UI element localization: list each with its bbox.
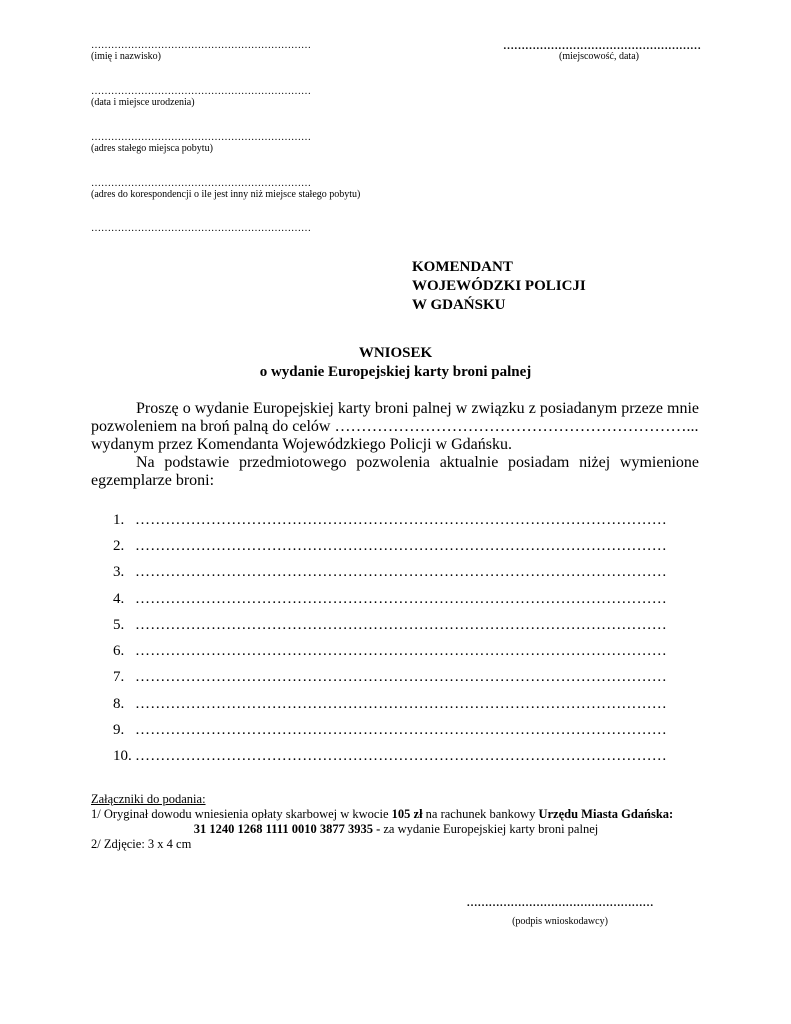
birth-field[interactable]: ………………………………………………………… (data i miejsce u…	[91, 87, 311, 109]
weapon-row[interactable]: 2.……………………………………………………………………………………………	[113, 533, 703, 559]
weapon-number: 8.	[113, 696, 135, 713]
attachment-item-1-account: 31 1240 1268 1111 0010 3877 3935 - za wy…	[91, 822, 711, 837]
weapon-dots[interactable]: ……………………………………………………………………………………………	[135, 643, 703, 660]
paragraph-2-line-2: egzemplarze broni:	[91, 472, 699, 490]
correspondence-address-caption: (adres do korespondencji o ile jest inny…	[91, 189, 360, 201]
weapon-row[interactable]: 3.……………………………………………………………………………………………	[113, 560, 703, 586]
weapon-number: 5.	[113, 617, 135, 634]
weapon-row[interactable]: 10.……………………………………………………………………………………………	[113, 744, 703, 770]
weapon-dots[interactable]: ……………………………………………………………………………………………	[135, 617, 703, 634]
request-body: Proszę o wydanie Europejskiej karty bron…	[91, 400, 699, 490]
permanent-address-field[interactable]: ………………………………………………………… (adres stałego mi…	[91, 133, 311, 155]
paragraph-1-line-1: Proszę o wydanie Europejskiej karty bron…	[91, 400, 699, 418]
weapon-row[interactable]: 4.……………………………………………………………………………………………	[113, 586, 703, 612]
paragraph-2-line-1: Na podstawie przedmiotowego pozwolenia a…	[91, 454, 699, 472]
weapon-row[interactable]: 5.……………………………………………………………………………………………	[113, 612, 703, 638]
weapon-list: 1.……………………………………………………………………………………………2.……	[113, 507, 703, 770]
attachment-1-prefix: 1/ Oryginał dowodu wniesienia opłaty ska…	[91, 807, 392, 821]
weapon-row[interactable]: 1.……………………………………………………………………………………………	[113, 507, 703, 533]
weapon-dots[interactable]: ……………………………………………………………………………………………	[135, 564, 703, 581]
weapon-dots[interactable]: ……………………………………………………………………………………………	[135, 512, 703, 529]
weapon-row[interactable]: 8.……………………………………………………………………………………………	[113, 691, 703, 717]
place-date-dots: ………………………………………………	[503, 41, 695, 51]
weapon-dots[interactable]: ……………………………………………………………………………………………	[135, 722, 703, 739]
signature-field[interactable]: …………………………………………… (podpis wnioskodawcy)	[455, 898, 665, 928]
birth-caption: (data i miejsce urodzenia)	[91, 97, 311, 109]
fee-amount: 105 zł	[392, 807, 423, 821]
attachments-section: Załączniki do podania: 1/ Oryginał dowod…	[91, 792, 711, 852]
name-caption: (imię i nazwisko)	[91, 51, 311, 63]
correspondence-address-field[interactable]: ………………………………………………………… (adres do korespo…	[91, 179, 360, 201]
recipient-line-2: WOJEWÓDZKI POLICJI	[412, 277, 586, 296]
title-main: WNIOSEK	[0, 344, 791, 363]
extra-field[interactable]: …………………………………………………………	[91, 224, 311, 234]
place-date-field[interactable]: ……………………………………………… (miejscowość, data)	[503, 41, 695, 63]
weapon-number: 2.	[113, 538, 135, 555]
weapon-dots[interactable]: ……………………………………………………………………………………………	[135, 696, 703, 713]
recipient-line-3: W GDAŃSKU	[412, 296, 586, 315]
weapon-row[interactable]: 9.……………………………………………………………………………………………	[113, 717, 703, 743]
title-subtitle: o wydanie Europejskiej karty broni palne…	[0, 363, 791, 382]
signature-caption: (podpis wnioskodawcy)	[455, 916, 665, 928]
extra-dots: …………………………………………………………	[91, 224, 311, 234]
name-field[interactable]: ………………………………………………………… (imię i nazwisko)	[91, 41, 311, 63]
permanent-address-caption: (adres stałego miejsca pobytu)	[91, 143, 311, 155]
weapon-row[interactable]: 7.……………………………………………………………………………………………	[113, 665, 703, 691]
weapon-number: 6.	[113, 643, 135, 660]
weapon-dots[interactable]: ……………………………………………………………………………………………	[135, 748, 703, 765]
paragraph-1-line-2[interactable]: pozwoleniem na broń palną do celów ………………	[91, 418, 699, 436]
weapon-dots[interactable]: ……………………………………………………………………………………………	[135, 538, 703, 555]
place-date-caption: (miejscowość, data)	[503, 51, 695, 63]
signature-dots: ……………………………………………	[455, 898, 665, 908]
weapon-dots[interactable]: ……………………………………………………………………………………………	[135, 669, 703, 686]
attachment-1-middle: na rachunek bankowy	[423, 807, 539, 821]
birth-dots: …………………………………………………………	[91, 87, 311, 97]
bank-account-number: 31 1240 1268 1111 0010 3877 3935 -	[194, 822, 380, 836]
attachments-heading: Załączniki do podania:	[91, 792, 711, 807]
weapon-dots[interactable]: ……………………………………………………………………………………………	[135, 591, 703, 608]
weapon-row[interactable]: 6.……………………………………………………………………………………………	[113, 638, 703, 664]
payee-name: Urzędu Miasta Gdańska:	[538, 807, 673, 821]
correspondence-address-dots: …………………………………………………………	[91, 179, 360, 189]
permanent-address-dots: …………………………………………………………	[91, 133, 311, 143]
weapon-number: 3.	[113, 564, 135, 581]
weapon-number: 9.	[113, 722, 135, 739]
weapon-number: 7.	[113, 669, 135, 686]
document-title: WNIOSEK o wydanie Europejskiej karty bro…	[0, 344, 791, 382]
recipient-line-1: KOMENDANT	[412, 258, 586, 277]
paragraph-1-line-3: wydanym przez Komendanta Wojewódzkiego P…	[91, 436, 699, 454]
weapon-number: 10.	[113, 748, 135, 765]
weapon-number: 4.	[113, 591, 135, 608]
weapon-number: 1.	[113, 512, 135, 529]
attachment-item-2: 2/ Zdjęcie: 3 x 4 cm	[91, 837, 711, 852]
name-dots: …………………………………………………………	[91, 41, 311, 51]
attachment-item-1: 1/ Oryginał dowodu wniesienia opłaty ska…	[91, 807, 711, 822]
attachment-1-suffix: za wydanie Europejskiej karty broni paln…	[380, 822, 598, 836]
recipient-block: KOMENDANT WOJEWÓDZKI POLICJI W GDAŃSKU	[412, 258, 586, 315]
